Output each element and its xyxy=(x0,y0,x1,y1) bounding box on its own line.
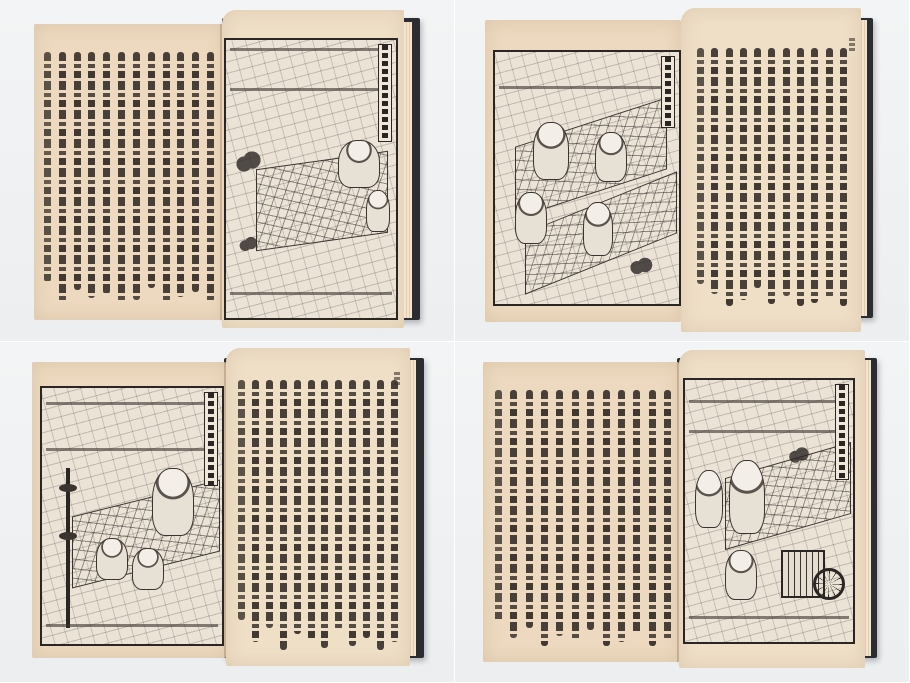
illustration-page-right xyxy=(222,10,404,328)
book-photo-top-right: Open book: left page illustration of fig… xyxy=(455,0,910,342)
folio-mark xyxy=(394,372,400,386)
caption-cartouche xyxy=(835,384,849,480)
folio-mark xyxy=(849,38,855,52)
attendant-figure xyxy=(583,202,613,256)
woodblock-illustration xyxy=(683,378,855,644)
noble-figure xyxy=(533,122,569,180)
book-photo-top-left: Open Japanese woodblock-printed book: le… xyxy=(0,0,455,342)
calligraphy-text xyxy=(238,380,398,650)
seated-noble-figure xyxy=(152,468,194,536)
shrub xyxy=(625,252,665,278)
woodblock-illustration xyxy=(224,38,398,320)
shrub xyxy=(236,230,266,256)
text-page-right xyxy=(226,348,410,666)
attendant-figure xyxy=(695,470,723,528)
calligraphy-text xyxy=(697,48,847,306)
photo-collage: Open Japanese woodblock-printed book: le… xyxy=(0,0,910,683)
book-photo-bottom-right: Open book: left page of cursive text, ri… xyxy=(455,342,910,683)
woodblock-illustration xyxy=(493,50,681,306)
attendant-figure xyxy=(366,190,390,232)
attendant-figure xyxy=(515,192,547,244)
court-lady-figure xyxy=(729,460,765,534)
pine-branch xyxy=(232,140,272,180)
calligraphy-text xyxy=(44,52,214,302)
illustration-page-right xyxy=(679,350,865,668)
lady-figure xyxy=(595,132,627,182)
kneeling-attendant-figure xyxy=(132,548,164,590)
illustration-page-left xyxy=(32,362,226,658)
woodblock-illustration xyxy=(40,386,224,646)
calligraphy-text xyxy=(495,390,671,646)
text-page-left xyxy=(34,24,224,320)
cart-wheel xyxy=(813,568,845,600)
illustration-page-left xyxy=(485,20,681,322)
text-page-left xyxy=(483,362,679,662)
book-photo-bottom-left: Open book: left page illustration with a… xyxy=(0,342,455,683)
kneeling-attendant-figure xyxy=(96,538,128,580)
bamboo-plant xyxy=(66,468,70,628)
courtier-figure xyxy=(338,140,380,188)
caption-cartouche xyxy=(661,56,675,128)
ox-driver-figure xyxy=(725,550,757,600)
flowering-plant xyxy=(785,440,819,468)
caption-cartouche xyxy=(378,44,392,142)
caption-cartouche xyxy=(204,392,218,486)
text-page-right xyxy=(681,8,861,332)
